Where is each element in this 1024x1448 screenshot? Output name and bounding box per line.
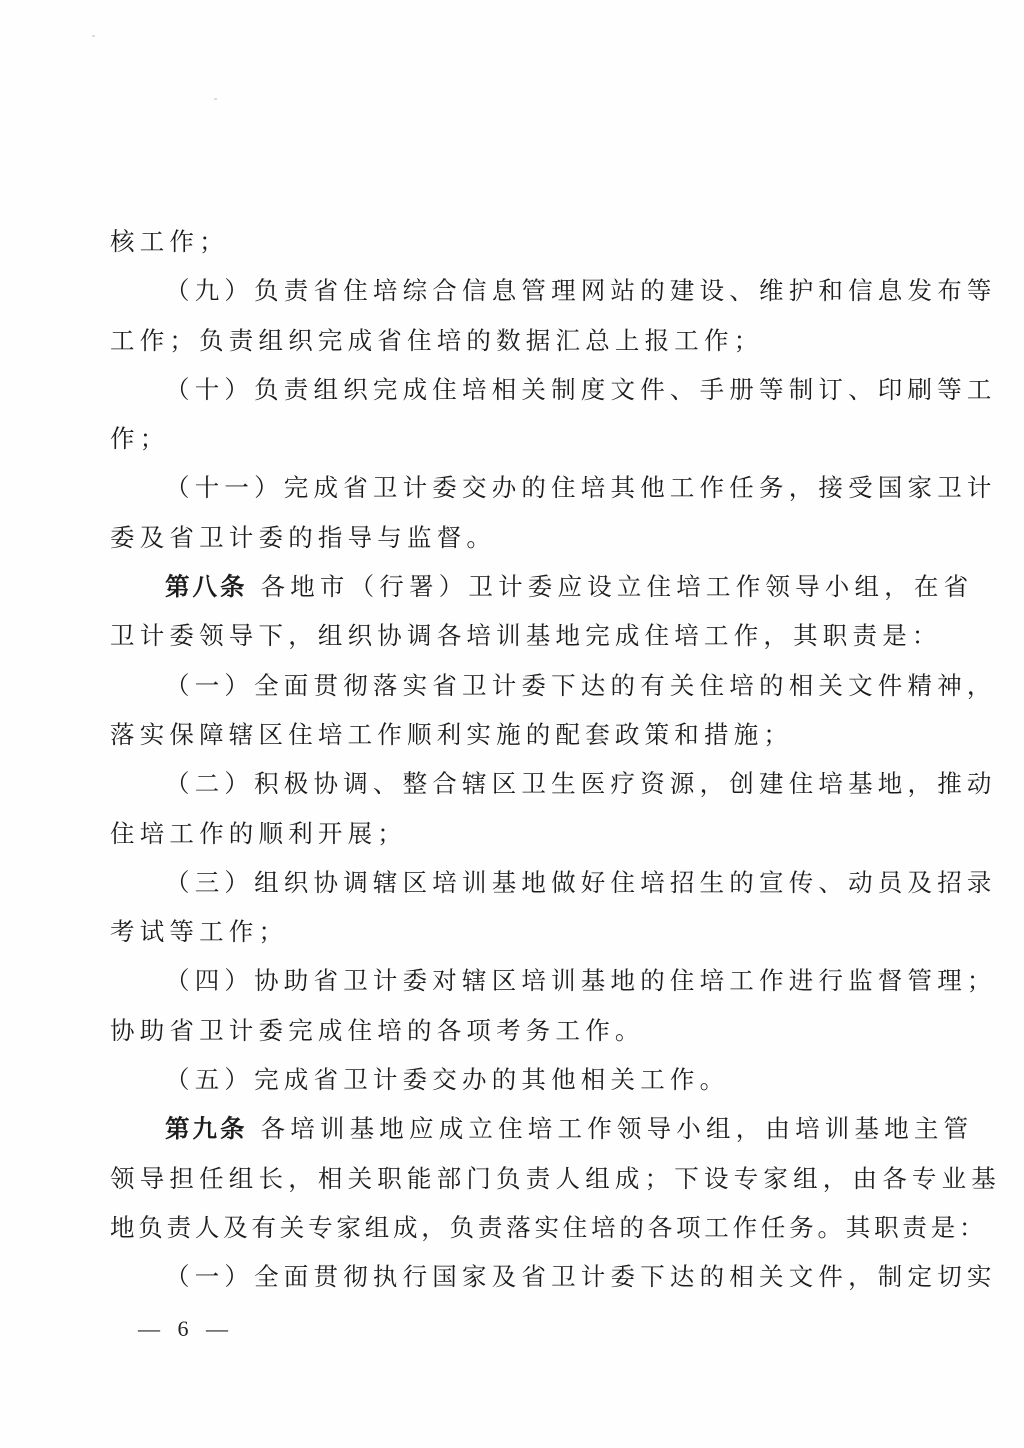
line-text: （五）完成省卫计委交办的其他相关工作。	[165, 1065, 729, 1094]
line-text: （十）负责组织完成住培相关制度文件、手册等制订、印刷等工	[165, 375, 997, 404]
line-text: （一）全面贯彻落实省卫计委下达的有关住培的相关文件精神，	[165, 671, 997, 700]
article-8-line: 第八条 各地市（行署）卫计委应设立住培工作领导小组，在省	[110, 567, 890, 616]
text-line: 考试等工作；	[110, 912, 890, 961]
text-line: （二）积极协调、整合辖区卫生医疗资源，创建住培基地，推动	[110, 764, 890, 813]
line-text: 住培工作的顺利开展；	[110, 819, 407, 848]
line-text: 协助省卫计委完成住培的各项考务工作。	[110, 1016, 645, 1045]
line-text: （三）组织协调辖区培训基地做好住培招生的宣传、动员及招录	[165, 868, 997, 897]
document-page: 核工作； （九）负责省住培综合信息管理网站的建设、维护和信息发布等 工作；负责组…	[0, 0, 1024, 1448]
line-text: （九）负责省住培综合信息管理网站的建设、维护和信息发布等	[165, 276, 997, 305]
line-text: 委及省卫计委的指导与监督。	[110, 523, 496, 552]
document-body: 核工作； （九）负责省住培综合信息管理网站的建设、维护和信息发布等 工作；负责组…	[110, 222, 890, 1307]
line-text: 领导担任组长，相关职能部门负责人组成；下设专家组，由各专业基	[110, 1164, 1001, 1193]
line-text: 各培训基地应成立住培工作领导小组，由培训基地主管	[261, 1114, 974, 1143]
text-line: 地负责人及有关专家组成，负责落实住培的各项工作任务。其职责是：	[110, 1208, 890, 1257]
text-line: 作；	[110, 419, 890, 468]
line-text: 考试等工作；	[110, 917, 288, 946]
text-line: （五）完成省卫计委交办的其他相关工作。	[110, 1060, 890, 1109]
text-line: 工作；负责组织完成省住培的数据汇总上报工作；	[110, 321, 890, 370]
scan-speck	[92, 35, 95, 37]
article-heading: 第八条	[165, 572, 248, 601]
text-line: （一）全面贯彻落实省卫计委下达的有关住培的相关文件精神，	[110, 666, 890, 715]
line-text: 各地市（行署）卫计委应设立住培工作领导小组，在省	[261, 572, 974, 601]
text-line: （十一）完成省卫计委交办的住培其他工作任务，接受国家卫计	[110, 468, 890, 517]
text-line: 委及省卫计委的指导与监督。	[110, 518, 890, 567]
scan-speck	[214, 98, 217, 100]
text-line: （三）组织协调辖区培训基地做好住培招生的宣传、动员及招录	[110, 863, 890, 912]
line-text: 地负责人及有关专家组成，负责落实住培的各项工作任务。其职责是：	[110, 1213, 987, 1242]
text-line: （四）协助省卫计委对辖区培训基地的住培工作进行监督管理；	[110, 961, 890, 1010]
line-text: 作；	[110, 424, 169, 453]
page-number: — 6 —	[138, 1316, 234, 1342]
line-text: （一）全面贯彻执行国家及省卫计委下达的相关文件，制定切实	[165, 1262, 997, 1291]
line-text: 工作；负责组织完成省住培的数据汇总上报工作；	[110, 326, 763, 355]
text-line: 卫计委领导下，组织协调各培训基地完成住培工作，其职责是：	[110, 616, 890, 665]
text-line: 协助省卫计委完成住培的各项考务工作。	[110, 1011, 890, 1060]
article-heading: 第九条	[165, 1114, 248, 1143]
text-line: （一）全面贯彻执行国家及省卫计委下达的相关文件，制定切实	[110, 1257, 890, 1306]
text-line: 落实保障辖区住培工作顺利实施的配套政策和措施；	[110, 715, 890, 764]
text-line: （十）负责组织完成住培相关制度文件、手册等制订、印刷等工	[110, 370, 890, 419]
line-text: 卫计委领导下，组织协调各培训基地完成住培工作，其职责是：	[110, 621, 942, 650]
line-text: 落实保障辖区住培工作顺利实施的配套政策和措施；	[110, 720, 793, 749]
article-9-line: 第九条 各培训基地应成立住培工作领导小组，由培训基地主管	[110, 1109, 890, 1158]
text-line: 住培工作的顺利开展；	[110, 814, 890, 863]
text-line: 领导担任组长，相关职能部门负责人组成；下设专家组，由各专业基	[110, 1159, 890, 1208]
line-text: （二）积极协调、整合辖区卫生医疗资源，创建住培基地，推动	[165, 769, 997, 798]
line-text: （十一）完成省卫计委交办的住培其他工作任务，接受国家卫计	[165, 473, 997, 502]
text-line: 核工作；	[110, 222, 890, 271]
text-line: （九）负责省住培综合信息管理网站的建设、维护和信息发布等	[110, 271, 890, 320]
line-text: （四）协助省卫计委对辖区培训基地的住培工作进行监督管理；	[165, 966, 997, 995]
line-text: 核工作；	[110, 227, 229, 256]
